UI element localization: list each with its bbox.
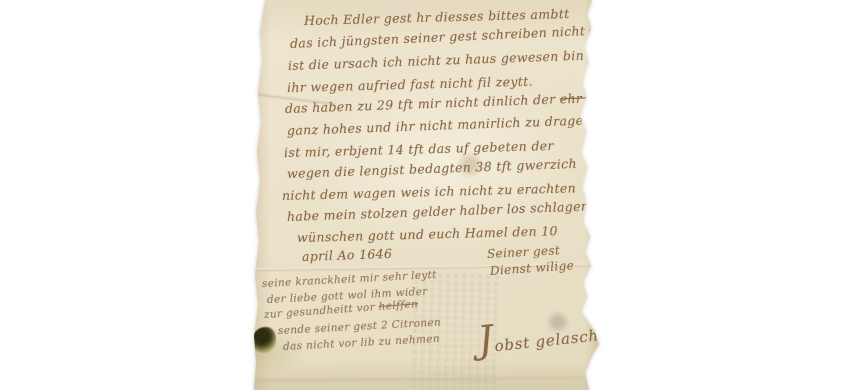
struck-text (596, 112, 597, 127)
letter-line: ihr wegen aufried fast nicht fil zeytt. (287, 74, 533, 95)
line-text: wegen die lengist bedagten 38 tft gwerzi… (287, 156, 577, 181)
line-text: ihr wegen aufried fast nicht fil zeytt. (287, 74, 533, 95)
closing-line-1: Seiner gest (487, 243, 561, 261)
struck-text: beantwortt (589, 20, 663, 38)
letter-line: habe mein stolzen gelder halber los schl… (287, 198, 590, 224)
line-text: Dienst wilige (490, 258, 575, 278)
letter-dateline: april Ao 1646 (302, 246, 393, 264)
line-text: habe mein stolzen gelder halber los schl… (287, 198, 590, 224)
letter-line: ist mir, erbjent 14 tft das uf gebeten d… (284, 138, 554, 160)
struck-text (589, 198, 590, 213)
letter-line: ganz hohes und ihr nicht manirlich zu dr… (287, 112, 597, 138)
line-text: ganz hohes und ihr nicht manirlich zu dr… (287, 112, 597, 138)
letter-line: wegen die lengist bedagten 38 tft gwerzi… (287, 156, 577, 181)
paper-sheet: Hoch Edler gest hr diesses bittes ambtt … (250, 0, 602, 390)
struck-text: ehr er (559, 90, 600, 106)
line-text: april Ao 1646 (302, 246, 393, 264)
aged-paper: Hoch Edler gest hr diesses bittes ambtt … (250, 0, 602, 390)
line-text: ist die ursach ich nicht zu haus gewesen… (288, 47, 605, 73)
letter-line: ist die ursach ich nicht zu haus gewesen… (288, 47, 605, 73)
struck-text (604, 47, 605, 62)
line-text: wünschen gott und euch Hamel den 10 (297, 223, 558, 245)
letter-photograph: Hoch Edler gest hr diesses bittes ambtt … (0, 0, 865, 390)
letter-line: wünschen gott und euch Hamel den 10 (297, 223, 558, 245)
closing-line-2: Dienst wilige (490, 258, 575, 278)
line-text: Seiner gest (487, 243, 561, 261)
line-text: ist mir, erbjent 14 tft das uf gebeten d… (284, 138, 554, 160)
signature: Jobst gelaschhuden (476, 300, 652, 362)
letter-line: das haben zu 29 tft mir nicht dinlich de… (285, 90, 601, 116)
line-text: das haben zu 29 tft mir nicht dinlich de… (285, 91, 560, 116)
ink-blot (252, 327, 276, 353)
